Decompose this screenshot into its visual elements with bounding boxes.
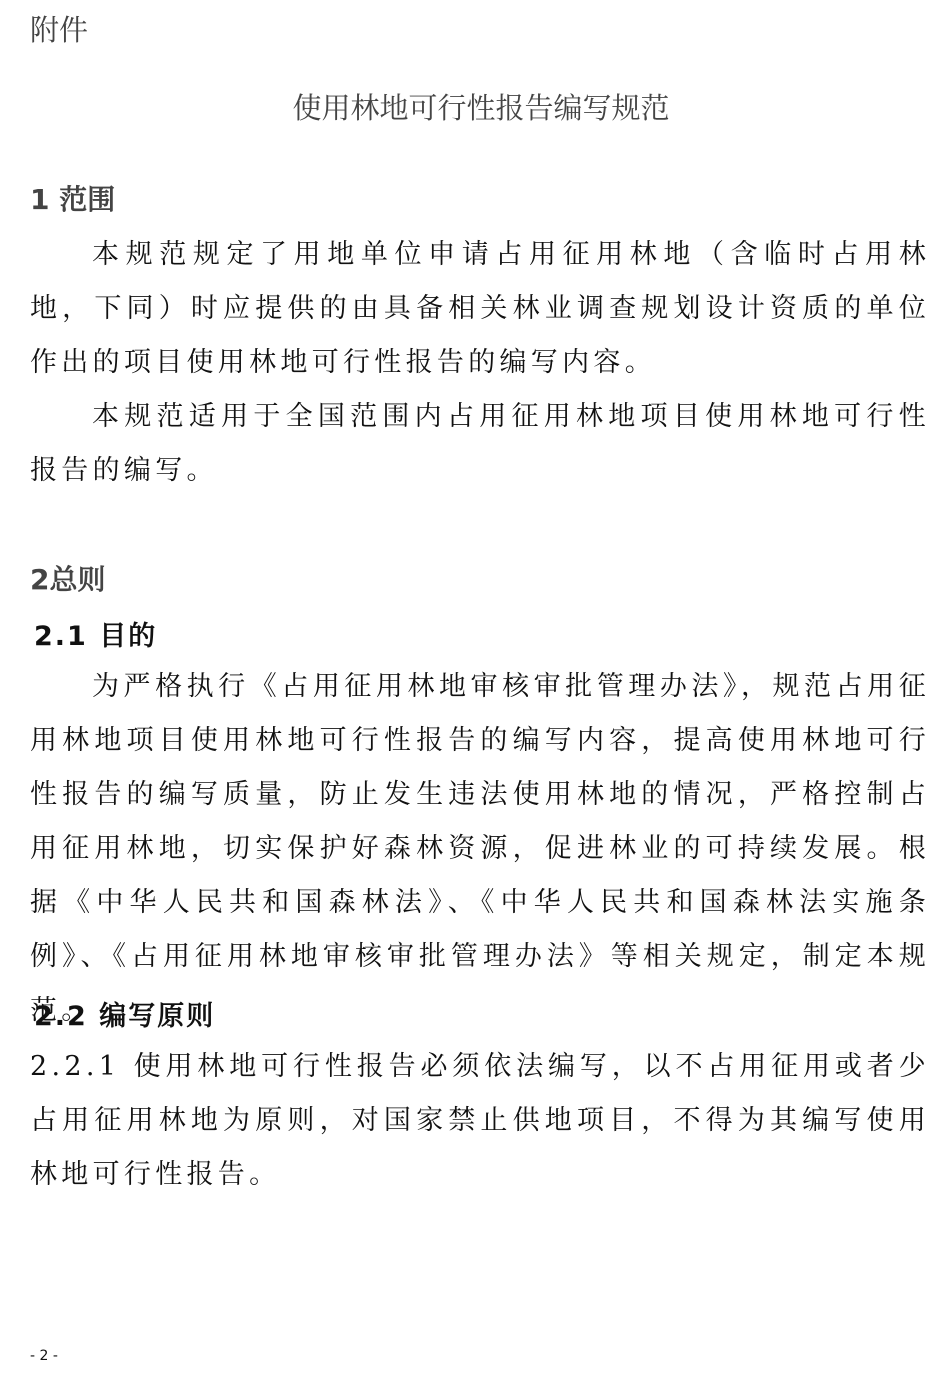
section-2-1-paragraph: 为严格执行《占用征用林地审核审批管理办法》，规范占用征用林地项目使用林地可行性报… <box>30 660 930 1038</box>
section-1-paragraph-2: 本规范适用于全国范围内占用征用林地项目使用林地可行性报告的编写。 <box>30 390 930 498</box>
attachment-label: 附件 <box>30 8 88 49</box>
document-title: 使用林地可行性报告编写规范 <box>0 86 942 127</box>
section-1-heading: 1 范围 <box>30 178 115 218</box>
section-1-paragraph-1: 本规范规定了用地单位申请占用征用林地（含临时占用林地，下同）时应提供的由具备相关… <box>30 228 930 390</box>
section-2-1-heading: 2.1 目的 <box>34 614 157 653</box>
page-number: - 2 - <box>30 1348 58 1364</box>
section-2-2-heading: 2.2 编写原则 <box>34 994 215 1033</box>
section-2-heading: 2总则 <box>30 558 105 598</box>
section-2-2-paragraph: 2.2.1 使用林地可行性报告必须依法编写，以不占用征用或者少占用征用林地为原则… <box>30 1040 930 1202</box>
